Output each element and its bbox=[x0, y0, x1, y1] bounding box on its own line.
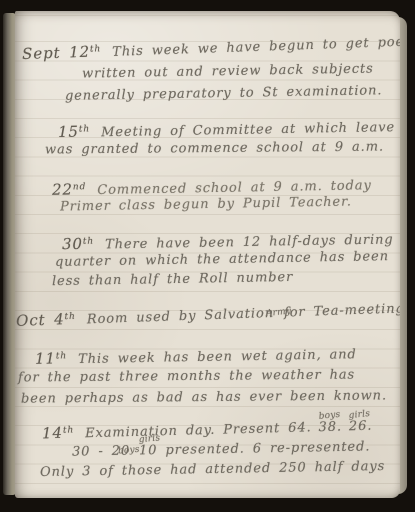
entry-14th-line3: Only 3 of those had attended 250 half da… bbox=[40, 459, 385, 480]
date-ordinal: th bbox=[83, 237, 94, 247]
entry-date: Oct 4 bbox=[16, 310, 65, 330]
entry-text: Examination day. Present 64. bbox=[85, 420, 312, 441]
date-ordinal: nd bbox=[73, 182, 87, 192]
entry-text: Room used by Salvation bbox=[87, 306, 275, 328]
entry-text: presented. 6 re-presented. bbox=[165, 439, 370, 458]
entry-date: Sept 12 bbox=[22, 43, 91, 63]
annotation-above: boys bbox=[318, 410, 341, 422]
entry-11th-line3: been perhaps as bad as has ever been kno… bbox=[21, 388, 387, 406]
entry-date: 14 bbox=[42, 424, 63, 443]
entry-sept12-line1: Sept 12thThis week we have begun to get … bbox=[22, 31, 400, 63]
date-ordinal: th bbox=[64, 312, 76, 322]
entry-11th-line1: 11thThis week has been wet again, and bbox=[35, 344, 357, 368]
entry-sept12-line3: generally preparatory to St examination. bbox=[65, 83, 383, 104]
entry-date: 30 bbox=[62, 235, 83, 253]
entry-text: This week we have begun to get poetry bbox=[112, 34, 400, 60]
entry-15th-line2: was granted to commence school at 9 a.m. bbox=[45, 140, 384, 158]
entry-14th-line1: 14thExamination day. Present 64.boys38.g… bbox=[42, 416, 373, 443]
annotation-above: girls bbox=[138, 433, 160, 445]
entry-text: for Tea-meeting. bbox=[284, 301, 400, 320]
entry-15th-line1: 15thMeeting of Committee at which leave bbox=[58, 117, 395, 141]
entry-text: 26. bbox=[349, 419, 373, 435]
entry-text: 38. bbox=[318, 419, 342, 435]
entry-date: 11 bbox=[35, 349, 56, 367]
entry-date: 15 bbox=[58, 123, 79, 141]
entry-text: Meeting of Committee at which leave bbox=[101, 120, 395, 140]
entry-text: 10 bbox=[139, 443, 158, 458]
annotation-above: girls bbox=[348, 409, 370, 421]
entry-sept12-line2: written out and review back subjects bbox=[82, 61, 374, 81]
entry-14th-line2: 30 - 20boysgirls10 presented. 6 re-prese… bbox=[72, 439, 371, 459]
journal-page: Sept 12thThis week we have begun to get … bbox=[15, 11, 400, 498]
date-ordinal: th bbox=[63, 425, 74, 435]
entry-text: This week has been wet again, and bbox=[78, 347, 357, 367]
entry-date: 22 bbox=[52, 180, 73, 198]
photo-frame: Sept 12thThis week we have begun to get … bbox=[0, 0, 415, 512]
count-boys: boys38. bbox=[318, 419, 342, 435]
entry-30th-line3: less than half the Roll number bbox=[52, 270, 293, 289]
presented-girls: girls10 bbox=[139, 443, 158, 458]
entry-oct4-line1: Oct 4thRoom used by SalvationArmy for Te… bbox=[16, 298, 400, 330]
annotation-above: boys bbox=[118, 445, 140, 457]
date-ordinal: th bbox=[56, 351, 67, 361]
date-ordinal: th bbox=[79, 124, 90, 134]
count-girls: girls26. bbox=[349, 419, 373, 435]
entry-11th-line2: for the past three months the weather ha… bbox=[18, 368, 355, 386]
date-ordinal: th bbox=[90, 44, 102, 54]
